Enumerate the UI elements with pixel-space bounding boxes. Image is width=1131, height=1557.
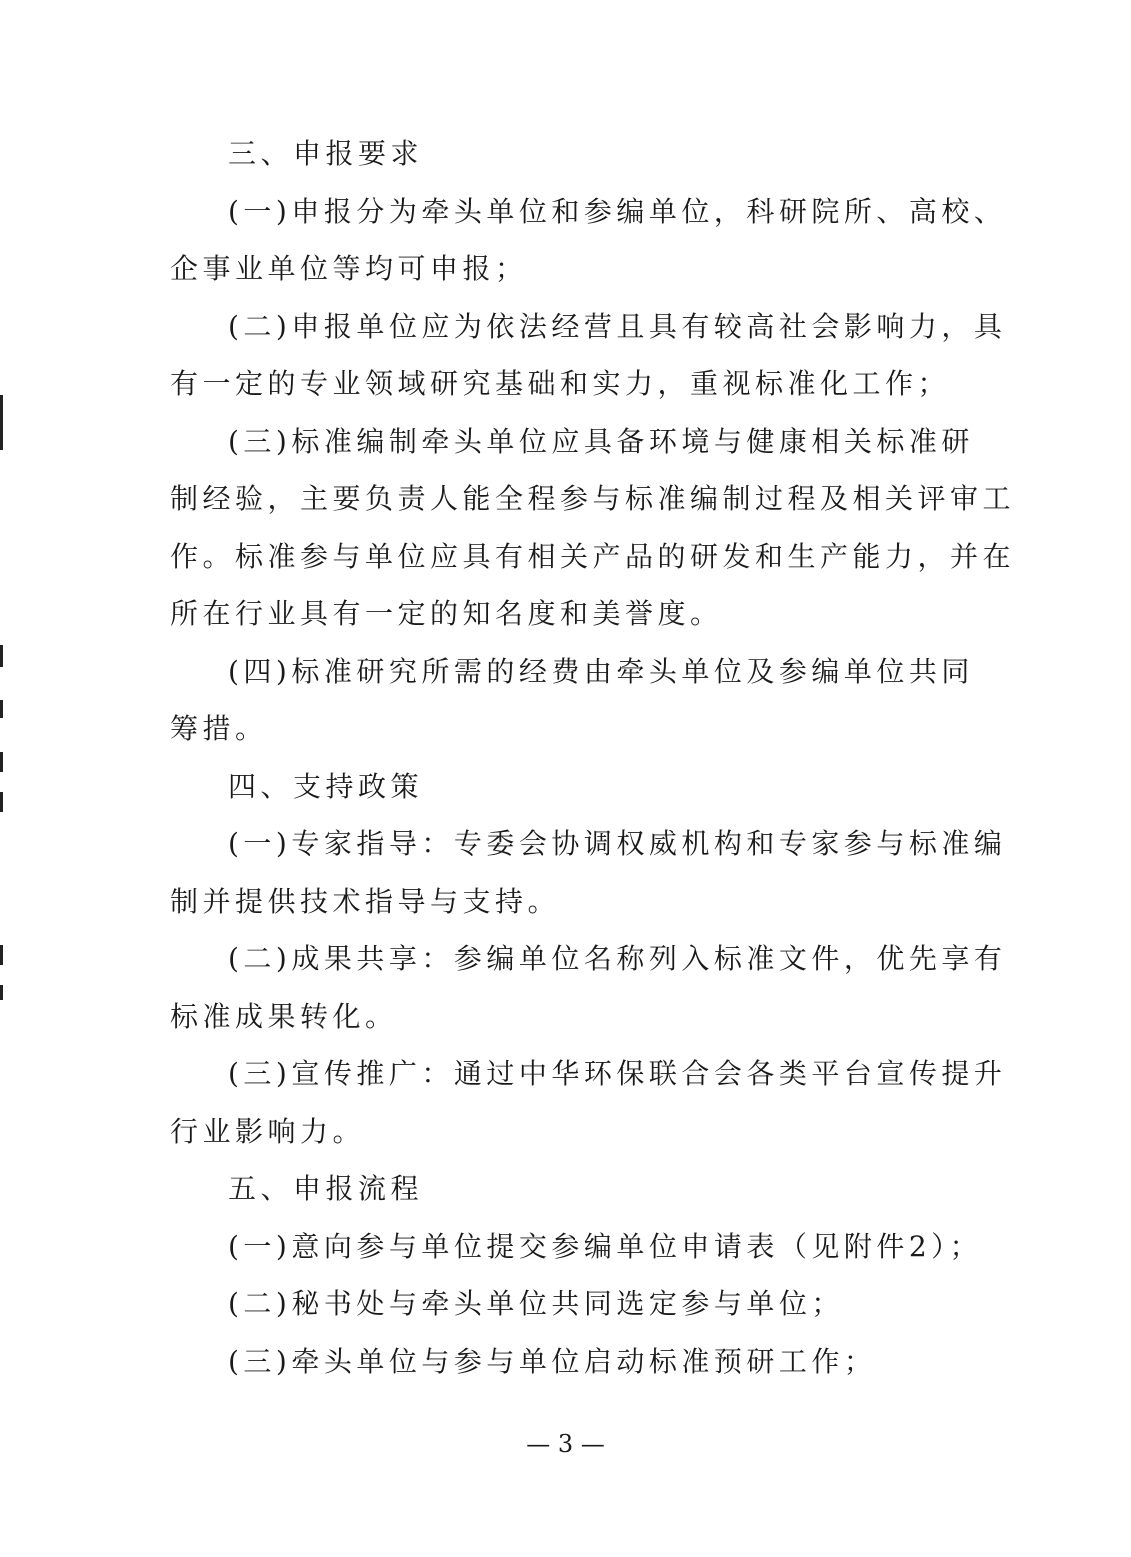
paragraph-line: (一)专家指导：专委会协调权威机构和专家参与标准编 — [170, 820, 940, 878]
paragraph-line: 制经验，主要负责人能全程参与标准编制过程及相关评审工 — [170, 475, 940, 533]
edge-mark — [0, 395, 3, 450]
paragraph-line: (三)标准编制牵头单位应具备环境与健康相关标准研 — [170, 418, 940, 476]
paragraph-line: (二)成果共享：参编单位名称列入标准文件，优先享有 — [170, 935, 940, 993]
paragraph-line: 标准成果转化。 — [170, 993, 940, 1051]
section-heading: 三、申报要求 — [170, 130, 940, 188]
document-body: 三、申报要求 (一)申报分为牵头单位和参编单位，科研院所、高校、 企事业单位等均… — [170, 130, 940, 1395]
paragraph-line: 所在行业具有一定的知名度和美誉度。 — [170, 590, 940, 648]
paragraph-line: (二)申报单位应为依法经营且具有较高社会影响力，具 — [170, 303, 940, 361]
edge-mark — [0, 945, 3, 965]
section-heading: 五、申报流程 — [170, 1165, 940, 1223]
edge-mark — [0, 752, 3, 772]
paragraph-line: (二)秘书处与牵头单位共同选定参与单位； — [170, 1280, 940, 1338]
edge-mark — [0, 985, 3, 1000]
paragraph-line: (三)宣传推广：通过中华环保联合会各类平台宣传提升 — [170, 1050, 940, 1108]
paragraph-line: (四)标准研究所需的经费由牵头单位及参编单位共同 — [170, 648, 940, 706]
paragraph-line: 行业影响力。 — [170, 1108, 940, 1166]
edge-mark — [0, 792, 3, 812]
section-heading: 四、支持政策 — [170, 763, 940, 821]
paragraph-line: 有一定的专业领域研究基础和实力，重视标准化工作； — [170, 360, 940, 418]
paragraph-line: (三)牵头单位与参与单位启动标准预研工作； — [170, 1338, 940, 1396]
paragraph-line: (一)申报分为牵头单位和参编单位，科研院所、高校、 — [170, 188, 940, 246]
paragraph-line: 筹措。 — [170, 705, 940, 763]
paragraph-line: 制并提供技术指导与支持。 — [170, 878, 940, 936]
edge-mark — [0, 645, 3, 667]
paragraph-line: (一)意向参与单位提交参编单位申请表（见附件2）； — [170, 1223, 940, 1281]
edge-mark — [0, 700, 3, 718]
page-number: — 3 — — [0, 1430, 1131, 1458]
paragraph-line: 作。标准参与单位应具有相关产品的研发和生产能力，并在 — [170, 533, 940, 591]
paragraph-line: 企事业单位等均可申报； — [170, 245, 940, 303]
